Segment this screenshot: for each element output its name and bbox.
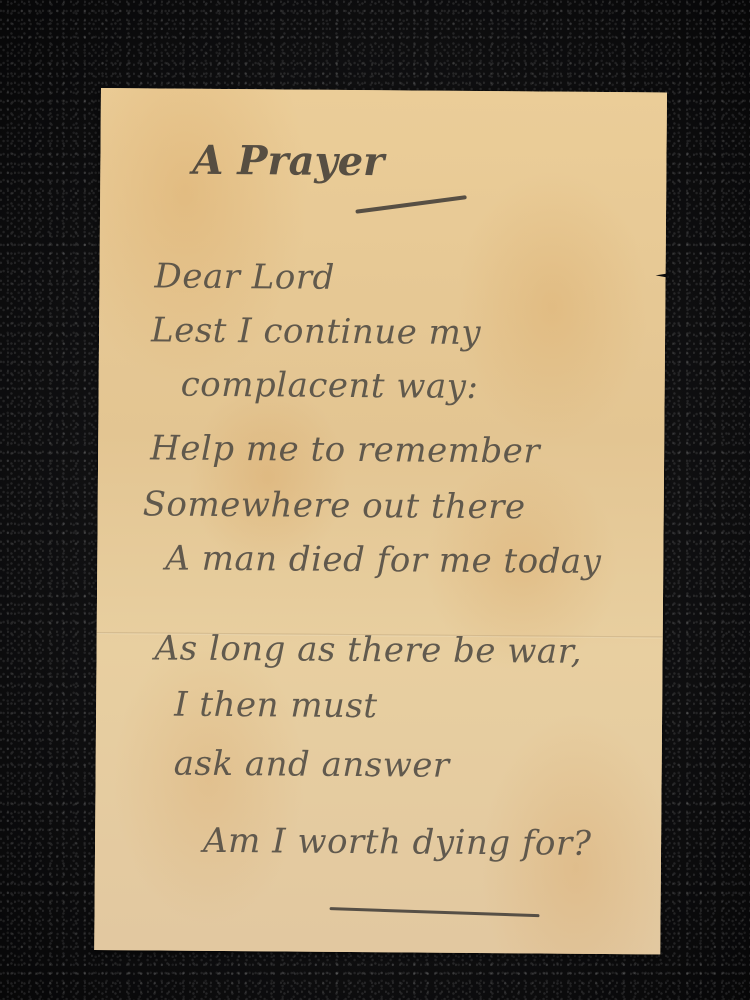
paper-edge-notch	[656, 273, 668, 277]
note-line-8: I then must	[174, 685, 378, 727]
note-line-10: Am I worth dying for?	[203, 821, 592, 864]
note-line-1: Dear Lord	[154, 256, 335, 297]
note-line-2: Lest I continue my	[151, 310, 481, 353]
note-line-4: Help me to remember	[150, 428, 540, 471]
handwritten-note-paper: A Prayer Dear Lord Lest I continue my co…	[94, 88, 667, 954]
note-line-7: As long as there be war,	[154, 628, 582, 671]
title-underline	[355, 195, 467, 214]
note-title: A Prayer	[192, 137, 384, 186]
note-line-6: A man died for me today	[165, 539, 601, 582]
closing-underline	[330, 907, 540, 917]
note-line-5: Somewhere out there	[143, 484, 526, 527]
note-line-3: complacent way:	[181, 365, 479, 407]
note-line-9: ask and answer	[174, 744, 450, 786]
